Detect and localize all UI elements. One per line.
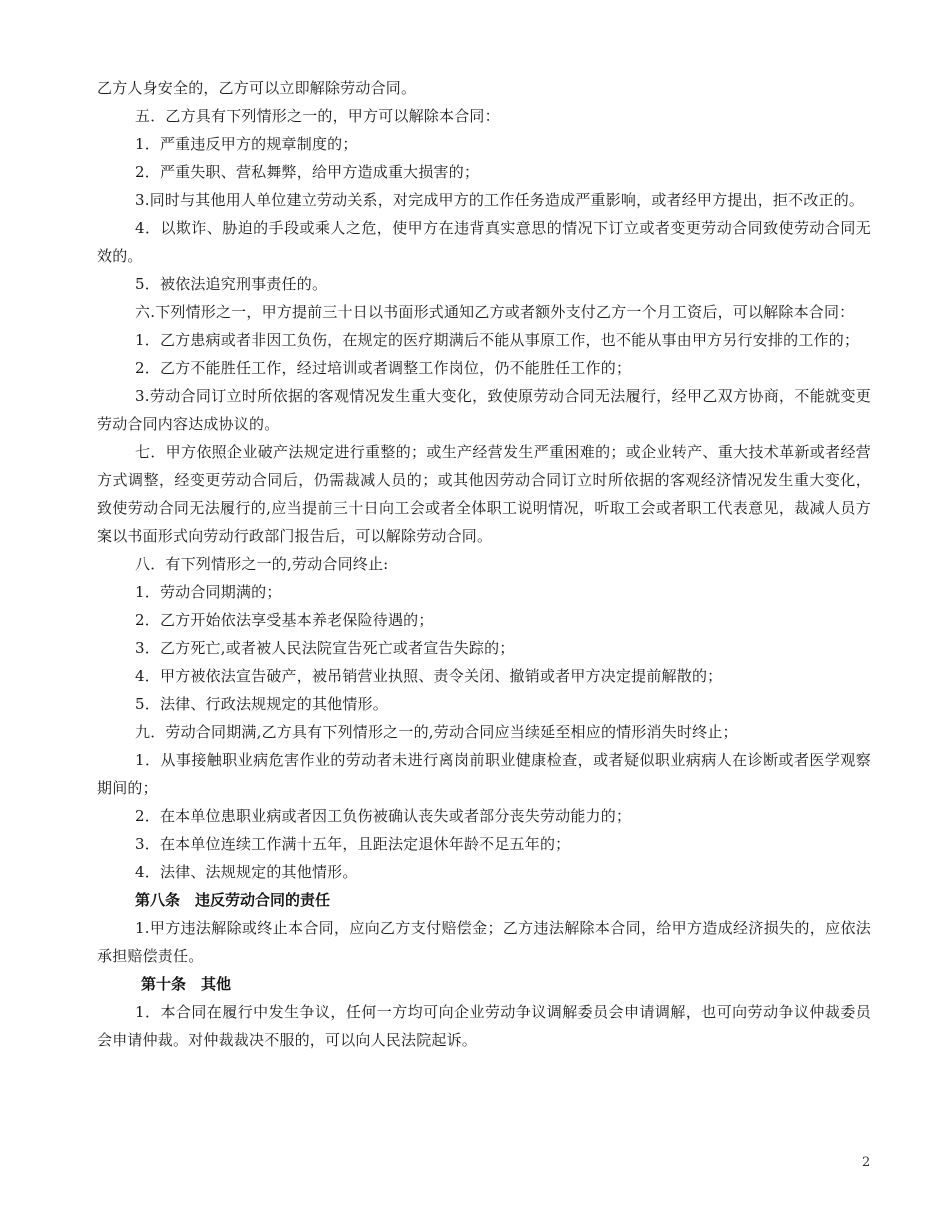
clause-6-heading: 六.下列情形之一，甲方提前三十日以书面形式通知乙方或者额外支付乙方一个月工资后，… xyxy=(97,298,871,326)
clause-8-heading: 八．有下列情形之一的,劳动合同终止: xyxy=(97,550,871,578)
clause-5-item-1: 1．严重违反甲方的规章制度的； xyxy=(97,130,871,158)
clause-9-heading: 九．劳动合同期满,乙方具有下列情形之一的,劳动合同应当续延至相应的情形消失时终止… xyxy=(97,718,871,746)
article-10-item-1: 1．本合同在履行中发生争议，任何一方均可向企业劳动争议调解委员会申请调解，也可向… xyxy=(97,998,871,1054)
clause-5-item-5: 5．被依法追究刑事责任的。 xyxy=(97,270,871,298)
clause-8-item-5: 5．法律、行政法规规定的其他情形。 xyxy=(97,690,871,718)
article-10-title: 第十条 其他 xyxy=(97,970,871,998)
clause-5-heading: 五．乙方具有下列情形之一的，甲方可以解除本合同： xyxy=(97,102,871,130)
article-8-title: 第八条 违反劳动合同的责任 xyxy=(97,886,871,914)
paragraph-continuation: 乙方人身安全的，乙方可以立即解除劳动合同。 xyxy=(97,74,871,102)
clause-6-item-1: 1．乙方患病或者非因工负伤，在规定的医疗期满后不能从事原工作，也不能从事由甲方另… xyxy=(97,326,871,354)
clause-8-item-1: 1．劳动合同期满的； xyxy=(97,578,871,606)
clause-5-item-3: 3.同时与其他用人单位建立劳动关系，对完成甲方的工作任务造成严重影响，或者经甲方… xyxy=(97,186,871,214)
clause-5-item-2: 2．严重失职、营私舞弊，给甲方造成重大损害的； xyxy=(97,158,871,186)
clause-9-item-2: 2．在本单位患职业病或者因工负伤被确认丧失或者部分丧失劳动能力的； xyxy=(97,802,871,830)
clause-9-item-1: 1．从事接触职业病危害作业的劳动者未进行离岗前职业健康检查，或者疑似职业病病人在… xyxy=(97,746,871,802)
clause-8-item-3: 3．乙方死亡,或者被人民法院宣告死亡或者宣告失踪的； xyxy=(97,634,871,662)
clause-9-item-3: 3．在本单位连续工作满十五年，且距法定退休年龄不足五年的； xyxy=(97,830,871,858)
clause-5-item-4: 4．以欺诈、胁迫的手段或乘人之危，使甲方在违背真实意思的情况下订立或者变更劳动合… xyxy=(97,214,871,270)
clause-6-item-3: 3.劳动合同订立时所依据的客观情况发生重大变化，致使原劳动合同无法履行，经甲乙双… xyxy=(97,382,871,438)
page-number: 2 xyxy=(862,1155,870,1170)
clause-7: 七．甲方依照企业破产法规定进行重整的；或生产经营发生严重困难的；或企业转产、重大… xyxy=(97,438,871,550)
clause-9-item-4: 4．法律、法规规定的其他情形。 xyxy=(97,858,871,886)
document-page: 乙方人身安全的，乙方可以立即解除劳动合同。 五．乙方具有下列情形之一的，甲方可以… xyxy=(97,74,871,1054)
article-8-item-1: 1.甲方违法解除或终止本合同，应向乙方支付赔偿金；乙方违法解除本合同，给甲方造成… xyxy=(97,914,871,970)
clause-8-item-4: 4．甲方被依法宣告破产，被吊销营业执照、责令关闭、撤销或者甲方决定提前解散的； xyxy=(97,662,871,690)
clause-8-item-2: 2．乙方开始依法享受基本养老保险待遇的； xyxy=(97,606,871,634)
clause-6-item-2: 2．乙方不能胜任工作，经过培训或者调整工作岗位，仍不能胜任工作的； xyxy=(97,354,871,382)
